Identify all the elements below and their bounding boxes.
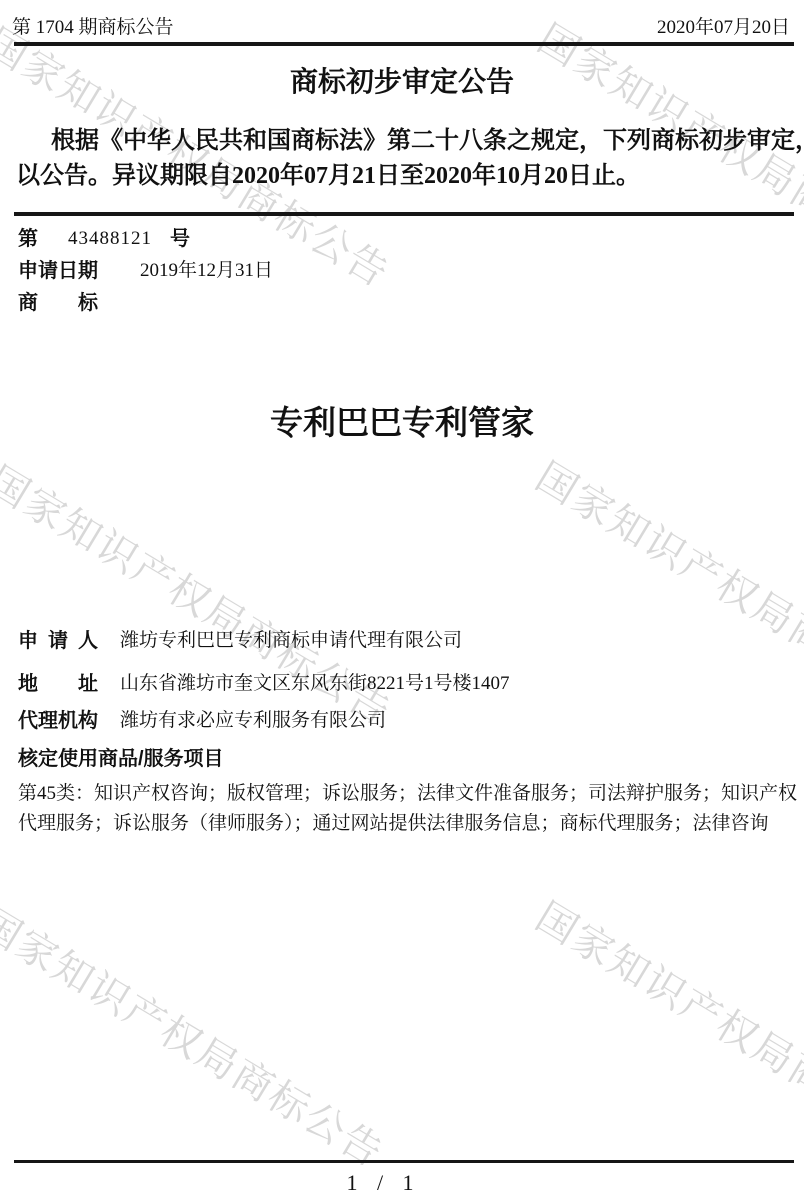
application-date-row: 申请日期 2019年12月31日 bbox=[0, 258, 804, 284]
agency-value: 潍坊有求必应专利服务有限公司 bbox=[120, 708, 386, 734]
applicant-row: 申请人 潍坊专利巴巴专利商标申请代理有限公司 bbox=[0, 628, 804, 654]
registration-number: 43488121 bbox=[68, 226, 152, 252]
gazette-page: 国家知识产权局商标公告 国家知识产权局商标公告 国家知识产权局商标公告 国家知识… bbox=[0, 0, 804, 1200]
trademark-label-row: 商标 bbox=[0, 290, 804, 316]
goods-services-text: 第45类：知识产权咨询；版权管理；诉讼服务；法律文件准备服务；司法辩护服务；知识… bbox=[18, 779, 798, 839]
address-label: 地址 bbox=[18, 671, 98, 697]
applicant-label: 申请人 bbox=[18, 628, 98, 654]
goods-services-line: 代理服务；诉讼服务（律师服务）；通过网站提供法律服务信息；商标代理服务；法律咨询 bbox=[18, 809, 798, 839]
intro-paragraph: 根据《中华人民共和国商标法》第二十八条之规定，下列商标初步审定，予 以公告。异议… bbox=[16, 124, 804, 194]
registration-number-row: 第 43488121 号 bbox=[0, 226, 804, 252]
gazette-issue-label: 第 1704 期商标公告 bbox=[12, 16, 174, 40]
page-content: 第 1704 期商标公告 2020年07月20日 商标初步审定公告 根据《中华人… bbox=[0, 0, 804, 1200]
trademark-label: 商标 bbox=[18, 290, 98, 316]
registration-number-prefix: 第 bbox=[18, 226, 38, 252]
trademark-name: 专利巴巴专利管家 bbox=[0, 398, 804, 448]
agency-row: 代理机构 潍坊有求必应专利服务有限公司 bbox=[0, 708, 804, 734]
application-date-label: 申请日期 bbox=[18, 258, 98, 284]
agency-label: 代理机构 bbox=[18, 708, 98, 734]
address-value: 山东省潍坊市奎文区东风东街8221号1号楼1407 bbox=[120, 671, 510, 697]
registration-number-suffix: 号 bbox=[170, 226, 190, 252]
application-date-value: 2019年12月31日 bbox=[140, 258, 273, 284]
applicant-value: 潍坊专利巴巴专利商标申请代理有限公司 bbox=[120, 628, 462, 654]
address-row: 地址 山东省潍坊市奎文区东风东街8221号1号楼1407 bbox=[0, 671, 804, 697]
footer-rule bbox=[14, 1160, 794, 1163]
goods-services-heading: 核定使用商品/服务项目 bbox=[18, 746, 224, 772]
intro-line: 以公告。异议期限自2020年07月21日至2020年10月20日止。 bbox=[16, 159, 804, 194]
section-rule bbox=[14, 212, 794, 216]
header-rule bbox=[14, 42, 794, 46]
intro-line: 根据《中华人民共和国商标法》第二十八条之规定，下列商标初步审定，予 bbox=[16, 124, 804, 159]
gazette-date: 2020年07月20日 bbox=[657, 16, 790, 40]
goods-services-line: 第45类：知识产权咨询；版权管理；诉讼服务；法律文件准备服务；司法辩护服务；知识… bbox=[18, 779, 798, 809]
page-number-indicator: 1 / 1 bbox=[0, 1170, 760, 1196]
page-title: 商标初步审定公告 bbox=[0, 62, 804, 104]
